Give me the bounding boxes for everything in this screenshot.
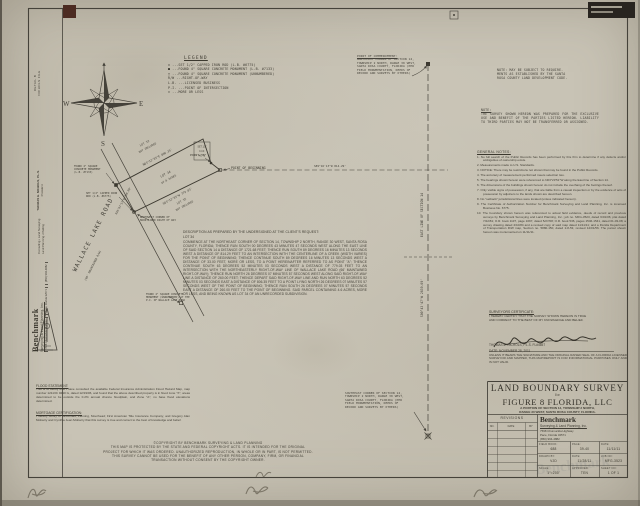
general-notes-title: GENERAL NOTES:: [477, 150, 626, 154]
legend: LEGEND ⊙ ...SET 1/2" CAPPED IRON ROD (L.…: [168, 56, 298, 95]
note-line: ROSA COUNTY LAND DEVELOPMENT CODE.: [497, 76, 583, 80]
grid-sheet-label: SHEET NO:: [601, 467, 617, 470]
poc-line: RECORD AND SURVEYS BY OTHERS): [357, 72, 423, 75]
margin-firm-sub: Surveying & Land Planning, Inc.: [40, 262, 44, 352]
red-corner-stamp: [63, 5, 76, 18]
monument-note-1: FOUND 4" SQUARE CONCRETE MONUMENT (L.B. …: [74, 165, 111, 174]
description-lot: LOT 34: [183, 235, 367, 239]
tie-bearing-label: S89°16'13"W 814.29': [314, 164, 346, 168]
client-name: FIGURE 8 FLORIDA, LLC: [487, 397, 628, 407]
general-note-item: 9. The Certificate of Authorization Numb…: [477, 203, 626, 211]
sheet-subtitle-line: RANGE 30 WEST, SANTA ROSA COUNTY, FLORID…: [487, 410, 628, 414]
general-note-item: 7. Only visible signs of possession, if …: [477, 189, 626, 197]
registration-mark: [450, 11, 458, 19]
point-of-beginning-label: POINT OF BEGINNING: [231, 166, 266, 170]
titleblock-firm-sub: Surveying & Land Planning, Inc.: [540, 424, 587, 428]
copyright-line: TRANSACTION WITHOUT CONSENT BY THE COPYR…: [86, 458, 330, 462]
grid-scale-label: SCALE:: [539, 467, 549, 470]
grid-sheet-value: 1 OF 1: [599, 471, 628, 475]
grid-field-book-value: 688: [537, 447, 570, 451]
copyright-line: THIS MAP IS PROTECTED BY THE STATE AND F…: [86, 445, 330, 449]
grid-page-value: 39-40: [570, 447, 599, 451]
monument-note-line: ROD (L.B. #6775): [86, 195, 122, 198]
revisions-title: REVISIONS: [487, 416, 537, 420]
dark-label-stamp: [588, 2, 635, 18]
grid-date2-value: 11/28/11: [570, 459, 599, 463]
certificate-date: DATE: NOVEMBER 28, 2011: [489, 349, 627, 353]
margin-services-line: Land Planning • Platting: [41, 219, 45, 254]
titleblock-firm-addr3: (850) 994-4882: [540, 437, 560, 441]
description-body: COMMENCE AT THE NORTHEAST CORNER OF SECT…: [183, 240, 367, 296]
stamp-text-line: [591, 6, 622, 8]
flood-statement: FLOOD STATEMENT: This is to certify that…: [36, 384, 190, 403]
east-line-bearing-label: S00°43'47"W 2639.69': [420, 279, 424, 317]
margin-services: Consulting • Land Surveying Land Plannin…: [37, 219, 45, 254]
grid-approved-label: APPROVED:: [572, 467, 589, 470]
development-code-note: NOTE: MAY BE SUBJECT TO REQUIRE- MENTS A…: [497, 68, 583, 80]
grid-date2-label: DATE:: [572, 455, 580, 458]
general-note-item: 10. The boundary shown hereon was refere…: [477, 212, 626, 235]
compass-east-label: E: [139, 100, 143, 108]
margin-firm-group: Benchmark Surveying & Land Planning, Inc…: [31, 262, 48, 352]
monument-note-line: (L.B. #7133): [74, 171, 111, 174]
margin-firm-name: Benchmark: [31, 262, 40, 352]
grid-date1-value: 11/11/11: [599, 447, 628, 451]
stamp-text-line: [591, 11, 613, 13]
point-of-commencement-note: POINT OF COMMENCEMENT: NORTHEAST CORNER …: [357, 55, 423, 76]
certificate-disclaimer: UNLESS IT BEARS THE SIGNATURE AND THE OR…: [489, 354, 627, 365]
north-arrow-compass: W E S: [63, 63, 143, 148]
se-line: RECORD AND SURVEYS BY OTHERS): [345, 406, 417, 409]
mortgage-body: I hereby certify to McDonald, Fleming, M…: [36, 415, 190, 423]
flood-body: This is to certify that I have consulted…: [36, 388, 190, 403]
margin-address-line: Pace, Florida 32571: [45, 287, 48, 315]
grid-scale-value: 1"=200': [537, 471, 570, 475]
legend-item: ± ...MORE OR LESS: [168, 90, 298, 95]
revisions-col-by: BY: [525, 425, 537, 428]
southeast-corner-note: SOUTHEAST CORNER OF SECTION 14, TOWNSHIP…: [345, 392, 417, 409]
grid-job-value: MFG-3523: [599, 459, 628, 463]
general-notes: GENERAL NOTES: 1. No full search of the …: [477, 150, 626, 236]
general-note-item: 1. No full search of the Public Records …: [477, 156, 626, 164]
mortgage-certification: MORTGAGE CERTIFICATION: I hereby certify…: [36, 411, 190, 423]
pencil-marks: [28, 472, 497, 498]
corner-detail-box: SET 1/2" C.I.R. #6775: [194, 142, 210, 160]
legend-title: LEGEND: [168, 56, 298, 61]
monument-note-line: MAINTAINED RIGHT OF WAY: [140, 219, 182, 222]
grid-page-label: PAGE:: [572, 443, 581, 446]
file-label-line: NICHOLS FILE: [37, 56, 41, 110]
grid-date1-label: DATE:: [601, 443, 609, 446]
grid-drawn-by-label: DRAWN BY:: [539, 455, 555, 458]
monument-note-3: NORTHWEST CORNER OF MAINTAINED RIGHT OF …: [140, 216, 182, 222]
margin-address-line: (850) 994-4882: [45, 262, 48, 285]
certificate-surveyor-name: THOMAS E. NICHOLS, P.L.S. FL#4657: [489, 343, 627, 347]
grid-drawn-by-value: VJD: [537, 459, 570, 463]
exclusive-use-note: NOTE: THE SURVEY SHOWN HEREON WAS PREPAR…: [481, 108, 599, 124]
point-a-label: POINT "A": [190, 153, 206, 157]
surveyors-certificate: SURVEYORS CERTIFICATE: I HEREBY CERTIFY …: [489, 310, 627, 365]
titleblock-firm-name: Benchmark: [540, 416, 576, 424]
revisions-col-date: DATE: [497, 425, 525, 428]
east-line-label: EAST LINE OF SECTION 14: [420, 193, 424, 237]
legal-description: DESCRIPTION AS PREPARED BY THE UNDERSIGN…: [183, 230, 367, 296]
copyright-notice: ©COPYRIGHT BY BENCHMARK SURVEYING & LAND…: [86, 441, 330, 463]
detail-box-line: SET 1/2": [197, 147, 206, 149]
compass-south-label: S: [101, 140, 105, 148]
margin-president: THOMAS E. NICHOLS, P.L.S. President: [36, 170, 44, 211]
description-heading: DESCRIPTION AS PREPARED BY THE UNDERSIGN…: [183, 230, 367, 234]
margin-file-label: DETAIL B NICHOLS FILE: [33, 56, 55, 110]
scanned-survey-sheet: W E S SET 1/2" C.I.R. #6775: [0, 0, 640, 506]
grid-approved-value: TEN: [570, 471, 599, 475]
signature-space: [489, 322, 627, 343]
monument-note-line: P.I. OF WALLACE LAKE ROAD: [146, 299, 196, 302]
grid-job-label: JOB NO:: [601, 455, 613, 458]
revisions-col-no: NO.: [487, 425, 497, 428]
margin-firm-strip: Benchmark Surveying & Land Planning, Inc…: [31, 137, 61, 352]
note-body: THE SURVEY SHOWN HEREON WAS PREPARED FOR…: [481, 112, 599, 124]
margin-address-line: 7598 Chumuckla Highway: [45, 317, 48, 352]
monument-note-2: SET 1/2" CAPPED IRON ROD (L.B. #6775): [86, 192, 122, 198]
grid-field-book-label: FIELD BOOK:: [539, 443, 558, 446]
margin-president-title: President: [40, 170, 44, 211]
compass-west-label: W: [63, 100, 70, 108]
